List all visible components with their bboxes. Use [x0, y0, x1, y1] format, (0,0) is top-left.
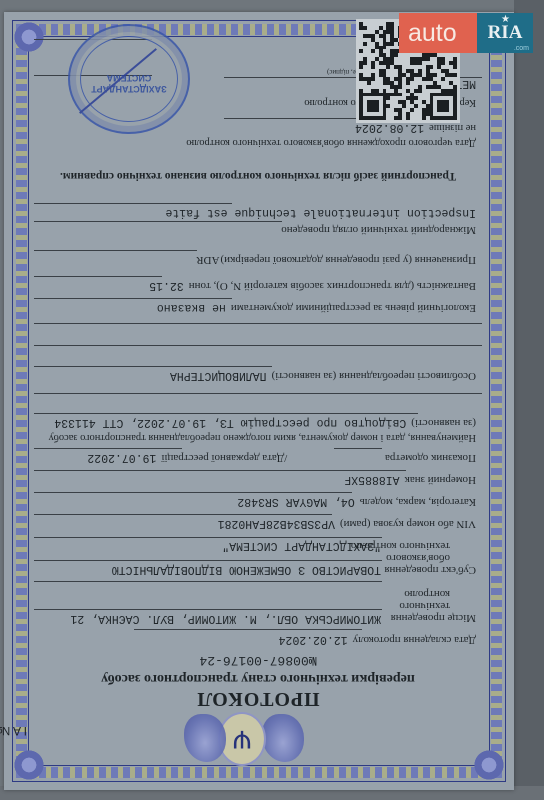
underline: [34, 560, 382, 561]
field-value: VP3SB34B28FAH0281: [218, 517, 335, 530]
document-subtitle: перевірки технічного стану транспортного…: [34, 670, 482, 686]
field-value: O4, MAGYAR SR3482: [237, 495, 354, 508]
field-value: ТОВАРИСТВО З ОБМЕЖЕНОЮ ВІДПОВІДАЛЬНІСТЮ: [112, 563, 381, 576]
underline: [34, 413, 418, 414]
field-conversion-doc: (за наявності)Свідоцтво про реєстрацію Т…: [38, 416, 476, 429]
underline: [34, 276, 162, 277]
field-subject: ТОВАРИСТВО З ОБМЕЖЕНОЮ ВІДПОВІДАЛЬНІСТЮ: [38, 563, 386, 576]
field-label: VIN або номер кузова (рами): [340, 518, 476, 530]
field-intl-inspection: Міжнародний технічний огляд проведено: [38, 224, 476, 236]
field-place: ЖИТОМИРСЬКА ОБЛ., М. ЖИТОМИР, ВУЛ. САЄНК…: [38, 612, 386, 625]
document-title: ПРОТОКОЛ: [34, 687, 482, 710]
watermark-ria-text: RIA: [488, 22, 523, 44]
underline: [34, 581, 382, 582]
field-label: Вантажність (для транспортних засобів ка…: [189, 280, 476, 292]
underline: [34, 366, 272, 367]
field-value: "ЗАХІДСТАНДАРТ СИСТЕМА": [222, 539, 381, 552]
lion-ornament-icon: [262, 714, 304, 762]
field-label: (за наявності): [411, 417, 476, 429]
field-label: Категорія, марка, модель: [360, 496, 476, 508]
underline: [34, 448, 182, 449]
underline: [34, 609, 382, 610]
verdict-text: Транспортний засіб після технічного конт…: [34, 170, 482, 182]
field-subject-line2: "ЗАХІДСТАНДАРТ СИСТЕМА": [38, 539, 386, 552]
next-control-prefix: не пізніше: [429, 122, 476, 133]
state-emblem: Ψ: [184, 706, 304, 768]
label-line: Місце проведення: [391, 612, 476, 624]
label-line: технічного: [391, 600, 476, 612]
field-label: Міжнародний технічний огляд проведено: [281, 224, 476, 236]
field-value: 32.15: [149, 279, 184, 292]
document-header: ПРОТОКОЛ перевірки технічного стану тран…: [34, 653, 482, 710]
underline: [334, 448, 382, 449]
serial-number: I A № 097794: [0, 724, 27, 738]
underline: [34, 470, 406, 471]
field-eco-level: Екологічний рівень за реєстраційними док…: [38, 301, 476, 314]
protocol-document: I A № 097794 Ψ ПРОТОКОЛ перевірки техніч…: [4, 12, 514, 790]
next-control-label: Дата чергового проходження обов'язкового…: [38, 137, 476, 148]
field-label: Екологічний рівень за реєстраційними док…: [231, 302, 476, 314]
field-label: Найменування, дата і номер документа, як…: [49, 432, 476, 443]
field-odometer: Показник одометра /Дата державної реєстр…: [38, 451, 476, 464]
underline: [34, 298, 232, 299]
underline: [34, 514, 332, 515]
background-right: [514, 0, 544, 800]
underline: [134, 629, 362, 630]
field-label-registration-date: /Дата державної реєстрації: [161, 452, 287, 464]
field-label: Дата складення протоколу: [353, 634, 476, 646]
underline: [34, 250, 197, 251]
underline: [34, 203, 232, 204]
field-purpose: Призначення (у разі проведення додатково…: [38, 254, 476, 266]
field-plate: Номерний знакAI8885XF: [38, 473, 476, 486]
field-value: ПАЛИВОЦИСТЕРНА: [170, 369, 267, 382]
star-icon: ★: [501, 14, 510, 25]
watermark-auto: auto: [399, 13, 477, 53]
field-vin: VIN або номер кузова (рами)VP3SB34B28FAH…: [38, 517, 476, 530]
field-value: ЖИТОМИРСЬКА ОБЛ., М. ЖИТОМИР, ВУЛ. САЄНК…: [70, 612, 381, 625]
field-value-registration-date: 19.07.2022: [87, 451, 156, 464]
autoria-watermark: auto ★ RIA .com: [399, 13, 533, 53]
field-value: AI8885XF: [344, 473, 399, 486]
trident-icon: Ψ: [233, 727, 252, 751]
underline: [34, 393, 482, 394]
field-capacity: Вантажність (для транспортних засобів ка…: [38, 279, 476, 292]
watermark-com: .com: [514, 45, 529, 52]
field-value: не вказано: [157, 301, 226, 314]
field-intl-inspection-value: Inspection internationale technique est …: [38, 206, 476, 219]
field-value: Свідоцтво про реєстрацію ТЗ, 19.07.2022,…: [54, 416, 406, 429]
field-label: Номерний знак: [405, 474, 476, 486]
field-label: Особливості переобладнання (за наявності…: [272, 370, 476, 382]
field-value: Inspection internationale technique est …: [165, 206, 476, 219]
underline: [34, 323, 482, 324]
stamp-text: ЗАХІДСТАНДАРТ СИСТЕМА: [70, 72, 188, 94]
field-place-label: Місце проведення технічного контролю: [391, 588, 476, 624]
field-conversion-features: Особливості переобладнання (за наявності…: [38, 369, 476, 382]
lion-ornament-icon: [184, 714, 226, 762]
field-value: 12.02.2024: [279, 633, 348, 646]
protocol-number: №00867-00176-24: [34, 653, 482, 668]
field-protocol-date: Дата складення протоколу12.02.2024: [38, 633, 476, 646]
field-label: Призначення (у разі проведення додатково…: [220, 254, 476, 266]
underline: [34, 345, 482, 346]
watermark-ria: ★ RIA .com: [477, 13, 533, 53]
underline: [34, 492, 352, 493]
field-value: ADR: [196, 254, 219, 266]
label-line: контролю: [391, 588, 476, 600]
underline: [34, 221, 282, 222]
underline: [34, 537, 382, 538]
stamp-line: ЗАХІДСТАНДАРТ: [70, 83, 188, 94]
field-conversion-doc-label: Найменування, дата і номер документа, як…: [38, 432, 476, 444]
document-content: I A № 097794 Ψ ПРОТОКОЛ перевірки техніч…: [34, 42, 482, 760]
field-model: Категорія, марка, модельO4, MAGYAR SR348…: [38, 495, 476, 508]
official-stamp: ЗАХІДСТАНДАРТ СИСТЕМА: [68, 24, 190, 134]
field-label: Показник одометра: [385, 452, 476, 464]
stamp-line: СИСТЕМА: [70, 72, 188, 83]
